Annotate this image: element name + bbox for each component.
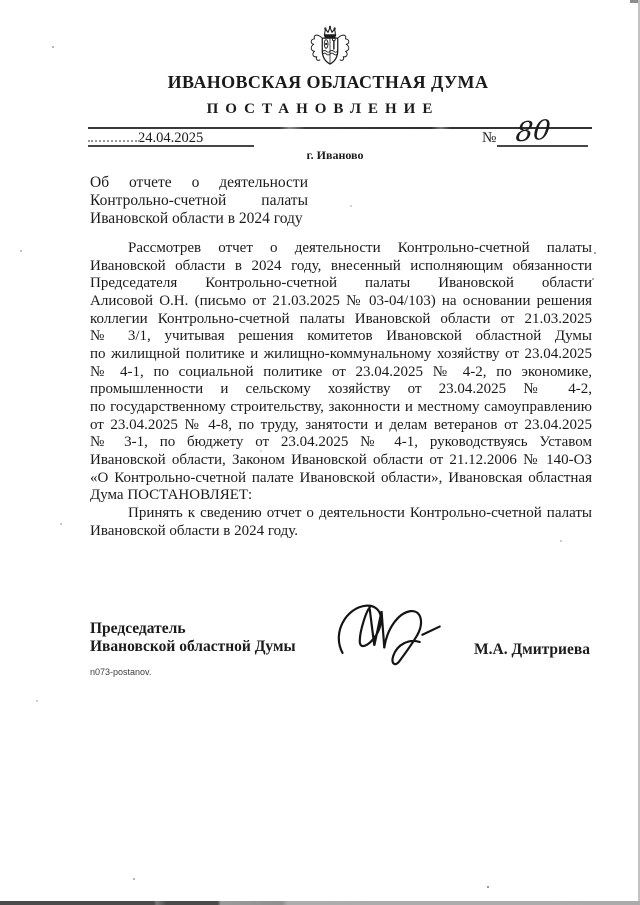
scan-noise-speckles bbox=[0, 0, 2, 2]
city-label: г. Иваново bbox=[30, 148, 640, 163]
scan-artifact-corner bbox=[630, 0, 638, 3]
signatory-position-line2: Ивановской областной Думы bbox=[90, 638, 296, 656]
text-line: Ивановской области в 2024 году. bbox=[90, 523, 592, 541]
text-line: Ивановской области в 2024 году bbox=[90, 210, 308, 228]
text-line: от 23.04.2025 № 4-8, по труду, занятости… bbox=[90, 417, 592, 435]
signatory-position-line1: Председатель bbox=[90, 620, 296, 638]
text-line: Ивановской области, Законом Ивановской о… bbox=[90, 452, 592, 470]
signatory-name: М.А. Дмитриева bbox=[450, 641, 590, 659]
number-underline bbox=[497, 145, 588, 147]
text-line: по государственному строительству, закон… bbox=[90, 399, 592, 417]
resolution-subject: Об отчете о деятельностиКонтрольно-счетн… bbox=[90, 174, 308, 228]
text-line: Принять к сведению отчет о деятельности … bbox=[90, 505, 592, 523]
ivanovo-oblast-coat-of-arms-icon bbox=[306, 25, 354, 73]
text-line: Алисовой О.Н. (письмо от 21.03.2025 № 03… bbox=[90, 293, 592, 311]
date-dotted-leader bbox=[88, 140, 140, 142]
resolution-body: Рассмотрев отчет о деятельности Контроль… bbox=[90, 240, 592, 540]
text-line: № 3/1, учитывая решения комитетов Иванов… bbox=[90, 328, 592, 346]
number-sign: № bbox=[482, 130, 496, 147]
file-reference: n073-postanov. bbox=[90, 667, 151, 677]
signatory-position: Председатель Ивановской областной Думы bbox=[90, 620, 296, 656]
date-underline bbox=[88, 145, 254, 147]
handwritten-signature-icon bbox=[328, 598, 446, 676]
scan-artifact-bottom-strip bbox=[0, 901, 640, 905]
text-line: Об отчете о деятельности bbox=[90, 174, 308, 192]
text-line: Рассмотрев отчет о деятельности Контроль… bbox=[90, 240, 592, 258]
text-line: Ивановской области в 2024 году, внесенны… bbox=[90, 258, 592, 276]
text-line: № 4-1, по социальной политике от 23.04.2… bbox=[90, 364, 592, 382]
document-number-handwritten: 80 bbox=[514, 115, 552, 149]
text-line: коллегии Контрольно-счетной палаты Ивано… bbox=[90, 311, 592, 329]
text-line: «О Контрольно-счетной палате Ивановской … bbox=[90, 470, 592, 488]
text-line: по жилищной политике и жилищно-коммуналь… bbox=[90, 346, 592, 364]
text-line: промышленности и сельскому хозяйству от … bbox=[90, 381, 592, 399]
scanned-resolution-document: ИВАНОВСКАЯ ОБЛАСТНАЯ ДУМА ПОСТАНОВЛЕНИЕ … bbox=[0, 0, 640, 905]
text-line: Дума ПОСТАНОВЛЯЕТ: bbox=[90, 487, 592, 505]
organization-name: ИВАНОВСКАЯ ОБЛАСТНАЯ ДУМА bbox=[16, 72, 640, 93]
text-line: № 3-1, по бюджету от 23.04.2025 № 4-1, р… bbox=[90, 434, 592, 452]
text-line: Контрольно-счетной палаты bbox=[90, 192, 308, 210]
text-line: Председателя Контрольно-счетной палаты И… bbox=[90, 275, 592, 293]
